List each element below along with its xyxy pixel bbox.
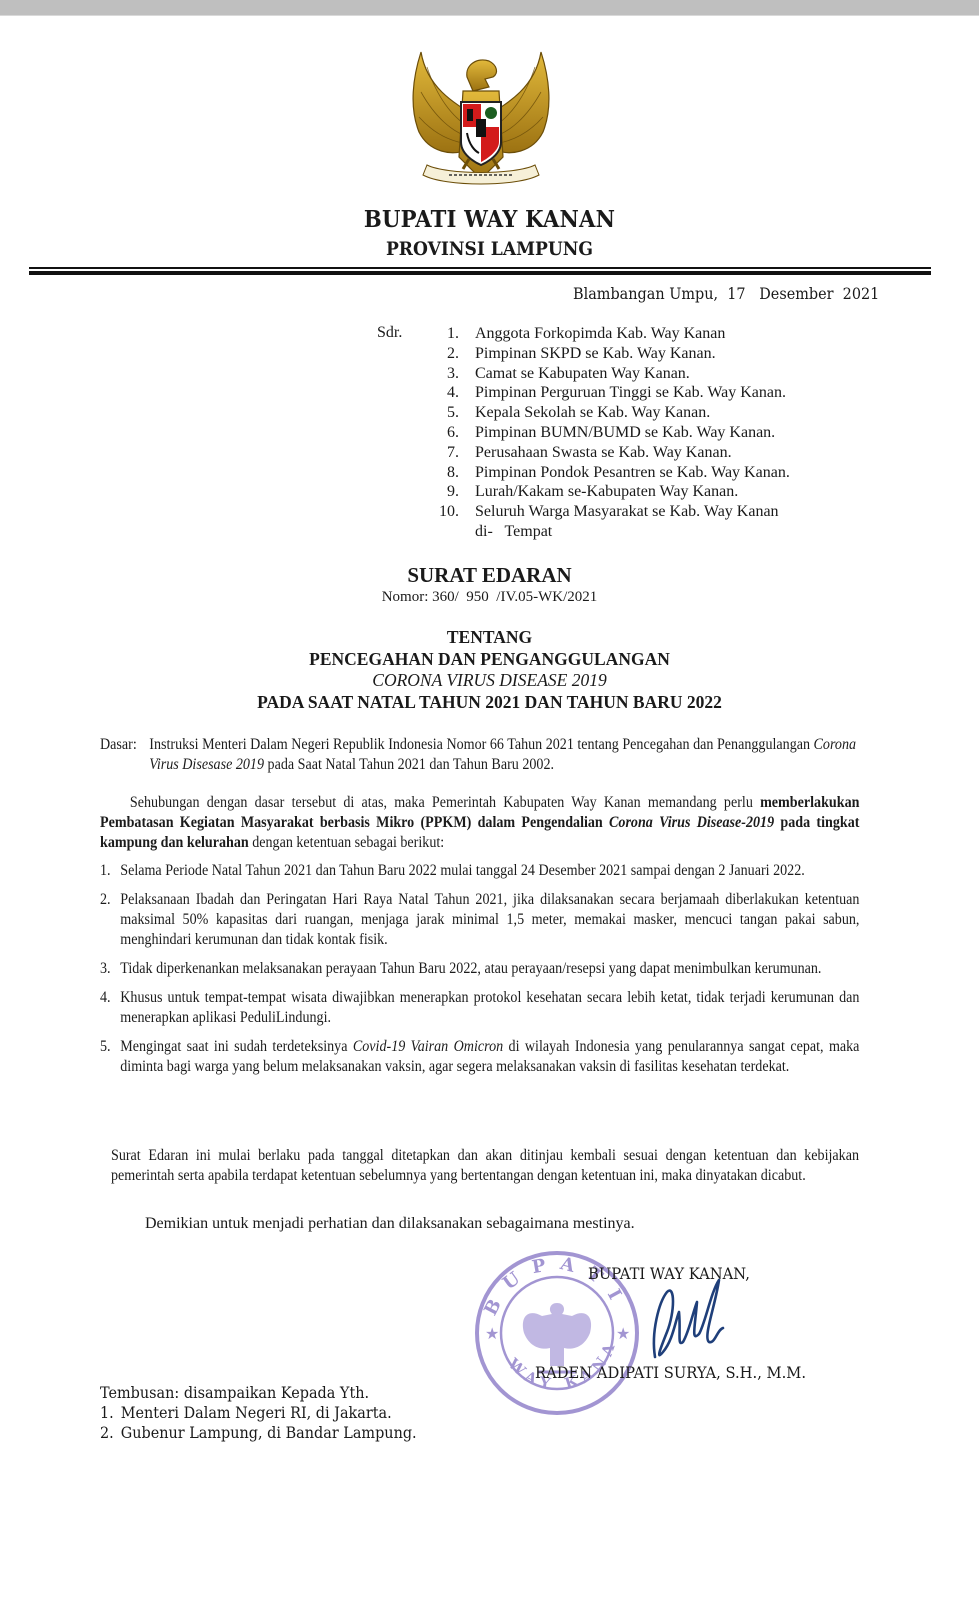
recipients-list: 1.Anggota Forkopimda Kab. Way Kanan 2.Pi… (430, 324, 790, 542)
list-item: 1.Menteri Dalam Negeri RI, di Jakarta. (100, 1403, 417, 1423)
viewer-top-bar (0, 0, 979, 16)
copies-section: Tembusan: disampaikan Kepada Yth. 1.Ment… (100, 1383, 417, 1443)
recipients-location: di- Tempat (430, 522, 790, 542)
place-date: Blambangan Umpu, 17 Desember 2021 (573, 284, 879, 303)
list-item: 2.Gubenur Lampung, di Bandar Lampung. (100, 1423, 417, 1443)
list-item: 10.Seluruh Warga Masyarakat se Kab. Way … (430, 502, 790, 522)
letterhead-divider-thick (29, 271, 931, 275)
list-item: 1.Selama Periode Natal Tahun 2021 dan Ta… (100, 861, 859, 881)
basis-label: Dasar: (100, 735, 149, 775)
subject-line-2: CORONA VIRUS DISEASE 2019 (0, 670, 979, 692)
list-item: 4.Khusus untuk tempat-tempat wisata diwa… (100, 988, 859, 1028)
intro-paragraph: Sehubungan dengan dasar tersebut di atas… (100, 793, 859, 853)
basis-section: Dasar: Instruksi Menteri Dalam Negeri Re… (100, 735, 859, 775)
letterhead-subtitle: PROVINSI LAMPUNG (49, 238, 930, 260)
signatory-name: RADEN ADIPATI SURYA, S.H., M.M. (535, 1363, 806, 1382)
list-item: 9.Lurah/Kakam se-Kabupaten Way Kanan. (430, 482, 790, 502)
letterhead-divider-thin (29, 267, 931, 269)
list-item: 2.Pimpinan SKPD se Kab. Way Kanan. (430, 344, 790, 364)
letterhead-title: BUPATI WAY KANAN (39, 206, 940, 233)
list-item: 5.Mengingat saat ini sudah terdeteksinya… (100, 1037, 859, 1077)
garuda-emblem-icon (407, 47, 555, 197)
circular-title: SURAT EDARAN (0, 563, 979, 588)
list-item: 4.Pimpinan Perguruan Tinggi se Kab. Way … (430, 383, 790, 403)
subject-line-1: PENCEGAHAN DAN PENGANGGULANGAN (0, 649, 979, 671)
svg-text:★: ★ (485, 1326, 499, 1343)
circular-number: Nomor: 360/ 950 /IV.05-WK/2021 (0, 589, 979, 606)
svg-text:★: ★ (616, 1326, 630, 1343)
list-item: 3.Camat se Kabupaten Way Kanan. (430, 364, 790, 384)
recipients-label: Sdr. (377, 324, 402, 342)
circular-subject: TENTANG PENCEGAHAN DAN PENGANGGULANGAN C… (0, 627, 979, 713)
closing-statement: Demikian untuk menjadi perhatian dan dil… (145, 1215, 635, 1233)
list-item: 5.Kepala Sekolah se Kab. Way Kanan. (430, 403, 790, 423)
list-item: 3.Tidak diperkenankan melaksanakan peray… (100, 959, 859, 979)
subject-line-3: PADA SAAT NATAL TAHUN 2021 DAN TAHUN BAR… (0, 692, 979, 714)
signature-icon (645, 1272, 735, 1372)
copies-label: Tembusan: disampaikan Kepada Yth. (100, 1383, 417, 1403)
closing-paragraph: Surat Edaran ini mulai berlaku pada tang… (111, 1146, 859, 1186)
list-item: 8.Pimpinan Pondok Pesantren se Kab. Way … (430, 463, 790, 483)
basis-text: Instruksi Menteri Dalam Negeri Republik … (149, 735, 859, 775)
list-item: 2.Pelaksanaan Ibadah dan Peringatan Hari… (100, 890, 859, 950)
list-item: 1.Anggota Forkopimda Kab. Way Kanan (430, 324, 790, 344)
provisions-list: 1.Selama Periode Natal Tahun 2021 dan Ta… (100, 861, 859, 1086)
list-item: 6.Pimpinan BUMN/BUMD se Kab. Way Kanan. (430, 423, 790, 443)
subject-label: TENTANG (0, 627, 979, 649)
list-item: 7.Perusahaan Swasta se Kab. Way Kanan. (430, 443, 790, 463)
